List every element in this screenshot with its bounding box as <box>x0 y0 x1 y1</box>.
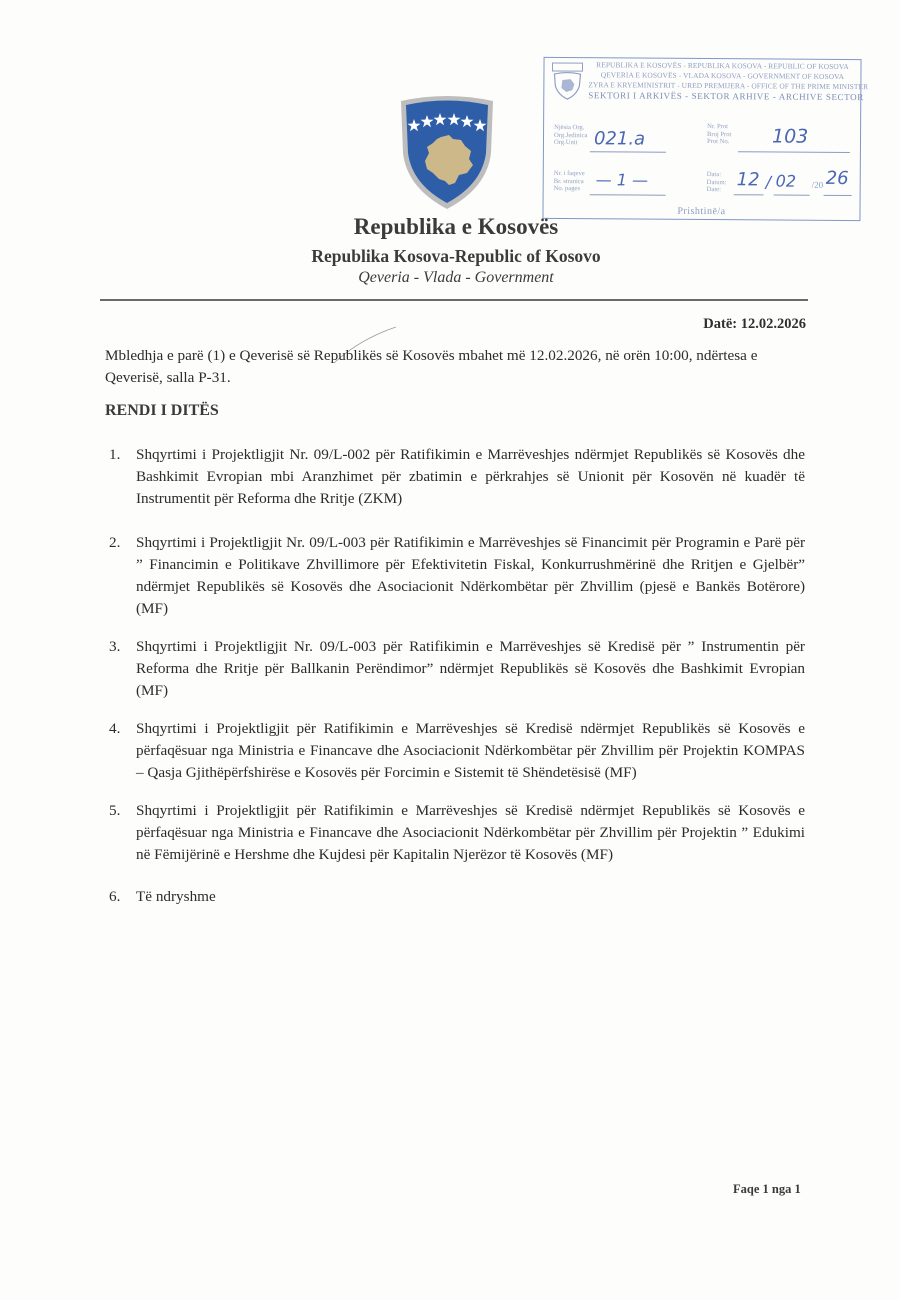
stamp-header: REPUBLIKA E KOSOVËS - REPUBLIKA KOSOVA -… <box>588 60 856 102</box>
agenda-item-text: Shqyrtimi i Projektligjit Nr. 09/L-002 p… <box>136 444 805 510</box>
agenda-item-number: 1. <box>109 444 120 466</box>
pages-value: — 1 — <box>596 170 648 189</box>
stamp-underline <box>774 195 810 196</box>
org-unit-value: 021.a <box>594 128 645 149</box>
agenda-item: 6. Të ndryshme <box>105 886 805 908</box>
stamp-underline <box>824 195 852 196</box>
stamp-underline <box>738 151 850 153</box>
agenda-item: 3. Shqyrtimi i Projektligjit Nr. 09/L-00… <box>105 636 805 702</box>
agenda-item: 4. Shqyrtimi i Projektligjit për Ratifik… <box>105 718 805 784</box>
agenda-item-text: Shqyrtimi i Projektligjit Nr. 09/L-003 p… <box>136 636 805 702</box>
header-divider <box>100 299 808 301</box>
agenda-item-number: 5. <box>109 800 120 822</box>
prot-label: Nr. Prot Broj Prot Prot No. <box>707 123 732 146</box>
agenda-heading: RENDI I DITËS <box>105 402 219 420</box>
meeting-intro: Mbledhja e parë (1) e Qeverisë së Republ… <box>105 345 810 389</box>
prot-value: 103 <box>772 125 808 147</box>
agenda-item-number: 6. <box>109 886 120 908</box>
agenda-list: 1. Shqyrtimi i Projektligjit Nr. 09/L-00… <box>105 444 805 908</box>
stamp-header-line: SEKTORI I ARKIVËS - SEKTOR ARHIVE - ARCH… <box>588 90 856 102</box>
agenda-item: 2. Shqyrtimi i Projektligjit Nr. 09/L-00… <box>105 532 805 620</box>
page-title: Republika e Kosovës <box>6 214 900 240</box>
date-label: Data: Datum: Date: <box>707 171 727 194</box>
archive-stamp: REPUBLIKA E KOSOVËS - REPUBLIKA KOSOVA -… <box>542 57 861 221</box>
coat-of-arms-icon <box>397 93 497 211</box>
agenda-item-number: 4. <box>109 718 120 740</box>
stamp-date-year-prefix: /20 <box>812 182 824 190</box>
page-number: Faqe 1 nga 1 <box>733 1182 801 1197</box>
document-page: REPUBLIKA E KOSOVËS - REPUBLIKA KOSOVA -… <box>0 0 900 1300</box>
stamp-emblem-icon <box>550 62 584 100</box>
stamp-date-year: 26 <box>826 168 849 189</box>
document-date: Datë: 12.02.2026 <box>703 316 806 333</box>
agenda-item-text: Shqyrtimi i Projektligjit Nr. 09/L-003 p… <box>136 532 805 620</box>
agenda-item: 1. Shqyrtimi i Projektligjit Nr. 09/L-00… <box>105 444 805 510</box>
stamp-date-day: 12 <box>737 169 760 190</box>
stamp-underline <box>590 194 666 196</box>
stamp-underline <box>734 194 764 195</box>
org-unit-label: Njësia Org. Org.Jedinica Org.Unit <box>554 124 588 147</box>
agenda-item-number: 2. <box>109 532 120 554</box>
agenda-item-text: Shqyrtimi i Projektligjit për Ratifikimi… <box>136 718 805 784</box>
stamp-underline <box>590 151 666 153</box>
agenda-item-number: 3. <box>109 636 120 658</box>
government-line: Qeveria - Vlada - Government <box>6 269 900 287</box>
stamp-date-month: 02 <box>776 172 796 191</box>
pages-label: Nr. i faqeve Br. stranica No. pages <box>554 170 585 193</box>
agenda-item-text: Të ndryshme <box>136 886 805 908</box>
stamp-date-slash: / <box>766 172 772 191</box>
agenda-item-text: Shqyrtimi i Projektligjit për Ratifikimi… <box>136 800 805 866</box>
agenda-item: 5. Shqyrtimi i Projektligjit për Ratifik… <box>105 800 805 866</box>
page-subtitle: Republika Kosova-Republic of Kosovo <box>6 246 900 267</box>
